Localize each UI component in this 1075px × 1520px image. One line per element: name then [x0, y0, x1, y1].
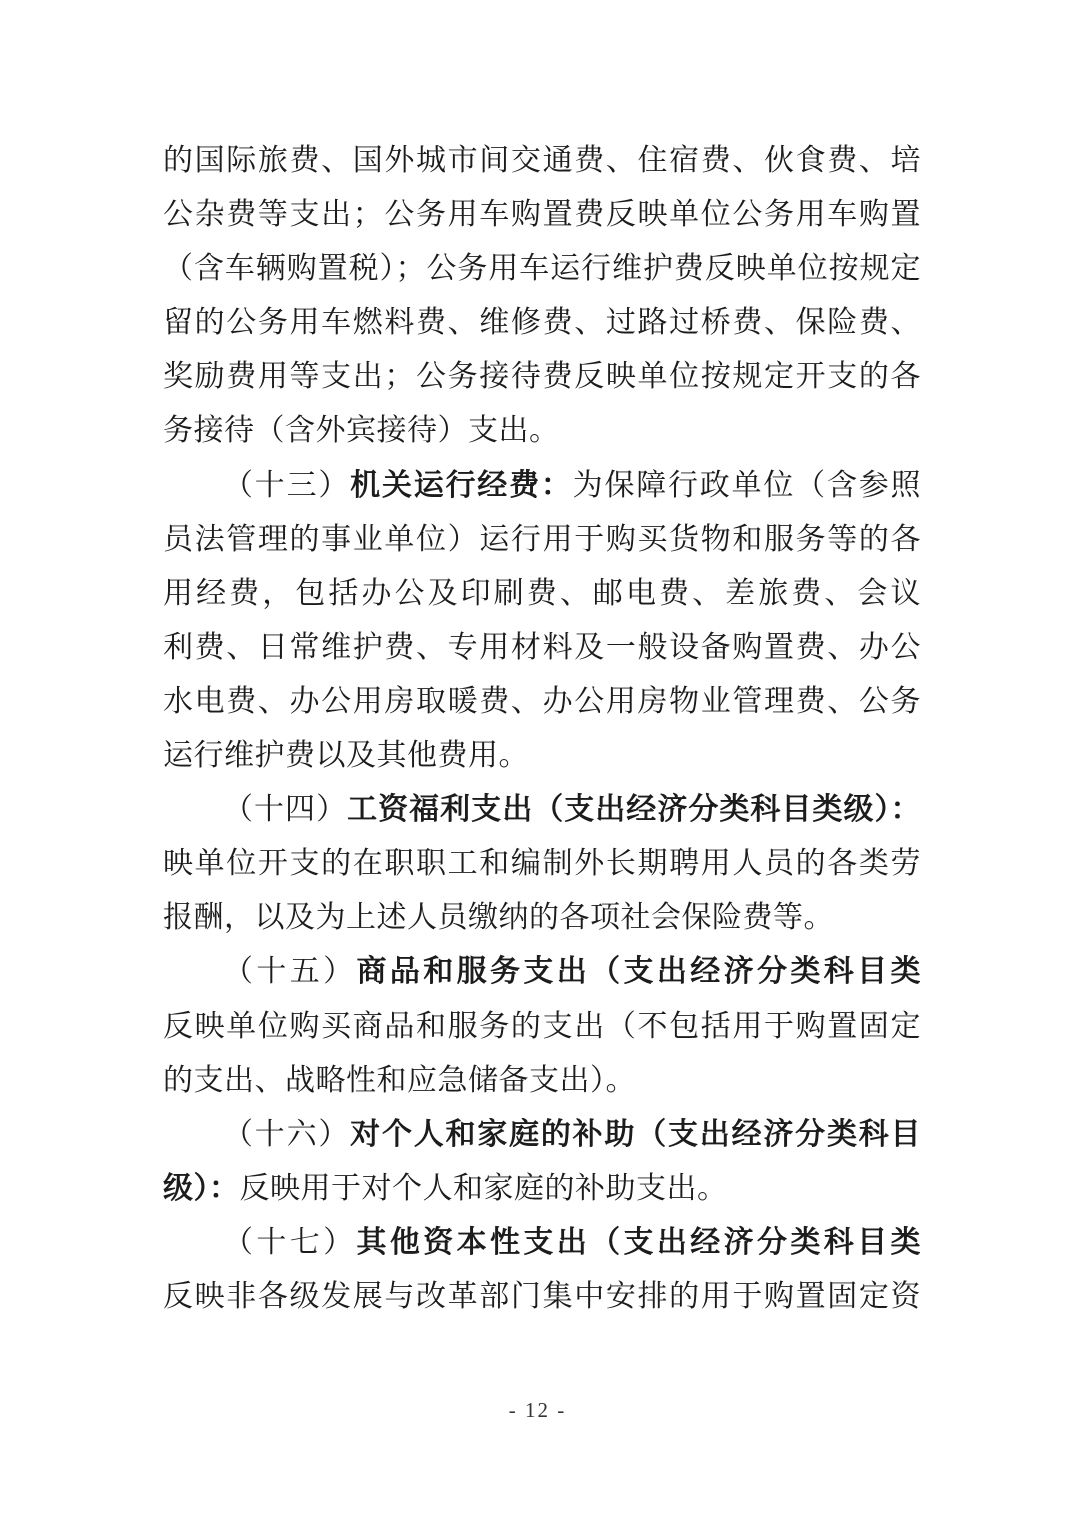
body-text: 奖励费用等支出；公务接待费反映单位按规定开支的各类公 — [163, 360, 921, 404]
section-heading-text: 工资福利支出（支出经济分类科目类级）： — [347, 793, 921, 826]
body-text: 反映非各级发展与改革部门集中安排的用于购置固定资产、 — [163, 1280, 921, 1324]
document-page: 的国际旅费、国外城市间交通费、住宿费、伙食费、培训费、公杂费等支出；公务用车购置… — [0, 0, 1075, 1520]
text-line: （十三）机关运行经费：为保障行政单位（含参照公务 — [163, 459, 921, 513]
text-line: 水电费、办公用房取暖费、办公用房物业管理费、公务用车 — [163, 675, 921, 729]
text-line: 务接待（含外宾接待）支出。 — [163, 404, 921, 458]
text-line: 映单位开支的在职职工和编制外长期聘用人员的各类劳动 — [163, 837, 921, 891]
body-text: （含车辆购置税）；公务用车运行维护费反映单位按规定保 — [163, 252, 921, 296]
body-text: 的国际旅费、国外城市间交通费、住宿费、伙食费、培训费、 — [163, 144, 921, 188]
body-text: （十六） — [223, 1118, 350, 1151]
section-heading-text: 级）： — [163, 1172, 240, 1205]
text-line: 的国际旅费、国外城市间交通费、住宿费、伙食费、培训费、 — [163, 134, 921, 188]
document-body: 的国际旅费、国外城市间交通费、住宿费、伙食费、培训费、公杂费等支出；公务用车购置… — [163, 134, 921, 1324]
text-line: （十四）工资福利支出（支出经济分类科目类级）：反 — [163, 783, 921, 837]
text-line: （十五）商品和服务支出（支出经济分类科目类级）： — [163, 945, 921, 999]
body-text: （十三） — [223, 469, 350, 502]
body-text: 公杂费等支出；公务用车购置费反映单位公务用车购置支出 — [163, 198, 921, 242]
text-line: 级）：反映用于对个人和家庭的补助支出。 — [163, 1162, 921, 1216]
body-text: 利费、日常维护费、专用材料及一般设备购置费、办公用房 — [163, 631, 921, 675]
body-text: 运行维护费以及其他费用。 — [163, 739, 529, 772]
text-line: （十六）对个人和家庭的补助（支出经济分类科目类 — [163, 1108, 921, 1162]
text-line: 公杂费等支出；公务用车购置费反映单位公务用车购置支出 — [163, 188, 921, 242]
text-line: 的支出、战略性和应急储备支出）。 — [163, 1054, 921, 1108]
text-line: 报酬，以及为上述人员缴纳的各项社会保险费等。 — [163, 891, 921, 945]
text-line: （十七）其他资本性支出（支出经济分类科目类级）： — [163, 1216, 921, 1270]
body-text: 水电费、办公用房取暖费、办公用房物业管理费、公务用车 — [163, 685, 921, 729]
body-text: 留的公务用车燃料费、维修费、过路过桥费、保险费、安全 — [163, 306, 921, 350]
body-text: （十七） — [223, 1226, 357, 1259]
text-line: 运行维护费以及其他费用。 — [163, 729, 921, 783]
body-text: （十四） — [223, 793, 347, 826]
text-line: 留的公务用车燃料费、维修费、过路过桥费、保险费、安全 — [163, 296, 921, 350]
body-text: 的支出、战略性和应急储备支出）。 — [163, 1064, 636, 1097]
body-text: 映单位开支的在职职工和编制外长期聘用人员的各类劳动 — [163, 847, 921, 891]
text-line: 反映非各级发展与改革部门集中安排的用于购置固定资产、 — [163, 1270, 921, 1324]
body-text: 报酬，以及为上述人员缴纳的各项社会保险费等。 — [163, 901, 834, 934]
text-line: 反映单位购买商品和服务的支出（不包括用于购置固定资产 — [163, 1000, 921, 1054]
body-text: 用经费，包括办公及印刷费、邮电费、差旅费、会议费、福 — [163, 577, 921, 621]
body-text: 反映用于对个人和家庭的补助支出。 — [240, 1172, 728, 1205]
body-text: 员法管理的事业单位）运行用于购买货物和服务等的各项公 — [163, 523, 921, 567]
text-line: 用经费，包括办公及印刷费、邮电费、差旅费、会议费、福 — [163, 567, 921, 621]
body-text: （十五） — [223, 955, 357, 988]
text-line: 利费、日常维护费、专用材料及一般设备购置费、办公用房 — [163, 621, 921, 675]
page-number: - 12 - — [0, 1398, 1075, 1423]
body-text: 务接待（含外宾接待）支出。 — [163, 414, 560, 447]
text-line: 员法管理的事业单位）运行用于购买货物和服务等的各项公 — [163, 513, 921, 567]
text-line: （含车辆购置税）；公务用车运行维护费反映单位按规定保 — [163, 242, 921, 296]
text-line: 奖励费用等支出；公务接待费反映单位按规定开支的各类公 — [163, 350, 921, 404]
section-heading-text: 机关运行经费： — [350, 469, 573, 502]
body-text: 反映单位购买商品和服务的支出（不包括用于购置固定资产 — [163, 1010, 921, 1054]
